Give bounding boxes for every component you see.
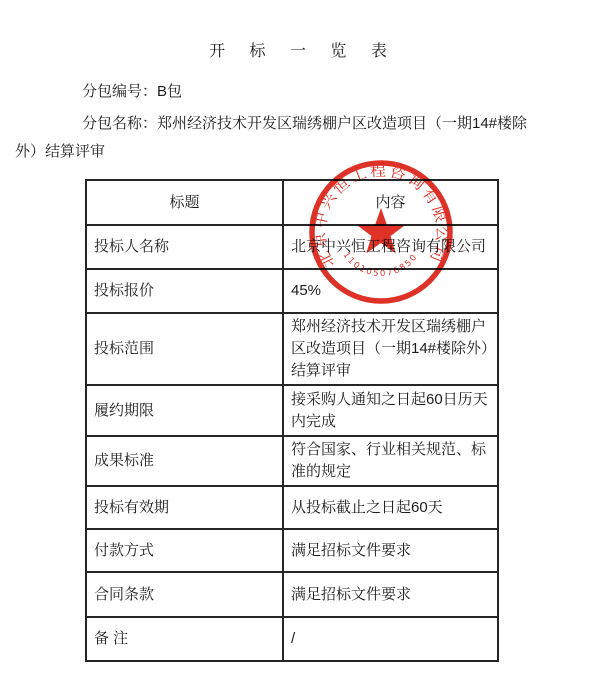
row-value: / (283, 617, 498, 661)
row-label: 成果标准 (86, 436, 283, 486)
table-row: 投标人名称北京中兴恒工程咨询有限公司 (86, 225, 498, 269)
table-row: 投标报价45% (86, 269, 498, 313)
document-page: 开 标 一 览 表 分包编号：B包 分包名称：郑州经济技术开发区瑞绣棚户区改造项… (0, 0, 606, 691)
table-row: 履约期限接采购人通知之日起60日历天内完成 (86, 385, 498, 436)
row-value: 符合国家、行业相关规范、标准的规定 (283, 436, 498, 486)
table-row: 投标范围郑州经济技术开发区瑞绣棚户区改造项目（一期14#楼除外）结算评审 (86, 313, 498, 385)
row-label: 备 注 (86, 617, 283, 661)
header-content-cell: 内容 (283, 180, 498, 225)
row-label: 付款方式 (86, 529, 283, 572)
row-value: 45% (283, 269, 498, 313)
row-label: 投标报价 (86, 269, 283, 313)
header-title-cell: 标题 (86, 180, 283, 225)
row-value: 从投标截止之日起60天 (283, 486, 498, 529)
row-value: 北京中兴恒工程咨询有限公司 (283, 225, 498, 269)
row-label: 履约期限 (86, 385, 283, 436)
row-label: 投标范围 (86, 313, 283, 385)
row-label: 投标有效期 (86, 486, 283, 529)
bid-summary-table: 标题 内容 投标人名称北京中兴恒工程咨询有限公司投标报价45%投标范围郑州经济技… (85, 179, 499, 662)
table-row: 付款方式满足招标文件要求 (86, 529, 498, 572)
table-row: 备 注/ (86, 617, 498, 661)
table-row: 合同条款满足招标文件要求 (86, 572, 498, 617)
row-label: 投标人名称 (86, 225, 283, 269)
row-value: 郑州经济技术开发区瑞绣棚户区改造项目（一期14#楼除外）结算评审 (283, 313, 498, 385)
package-name-line-1: 分包名称：郑州经济技术开发区瑞绣棚户区改造项目（一期14#楼除 (82, 112, 527, 133)
table-header-row: 标题 内容 (86, 180, 498, 225)
bid-table-body: 投标人名称北京中兴恒工程咨询有限公司投标报价45%投标范围郑州经济技术开发区瑞绣… (86, 225, 498, 661)
package-name-line-2: 外）结算评审 (15, 140, 105, 161)
table-row: 投标有效期从投标截止之日起60天 (86, 486, 498, 529)
row-value: 满足招标文件要求 (283, 529, 498, 572)
row-value: 接采购人通知之日起60日历天内完成 (283, 385, 498, 436)
row-value: 满足招标文件要求 (283, 572, 498, 617)
row-label: 合同条款 (86, 572, 283, 617)
table-row: 成果标准符合国家、行业相关规范、标准的规定 (86, 436, 498, 486)
document-title: 开 标 一 览 表 (0, 38, 606, 61)
package-number-line: 分包编号：B包 (82, 80, 182, 101)
